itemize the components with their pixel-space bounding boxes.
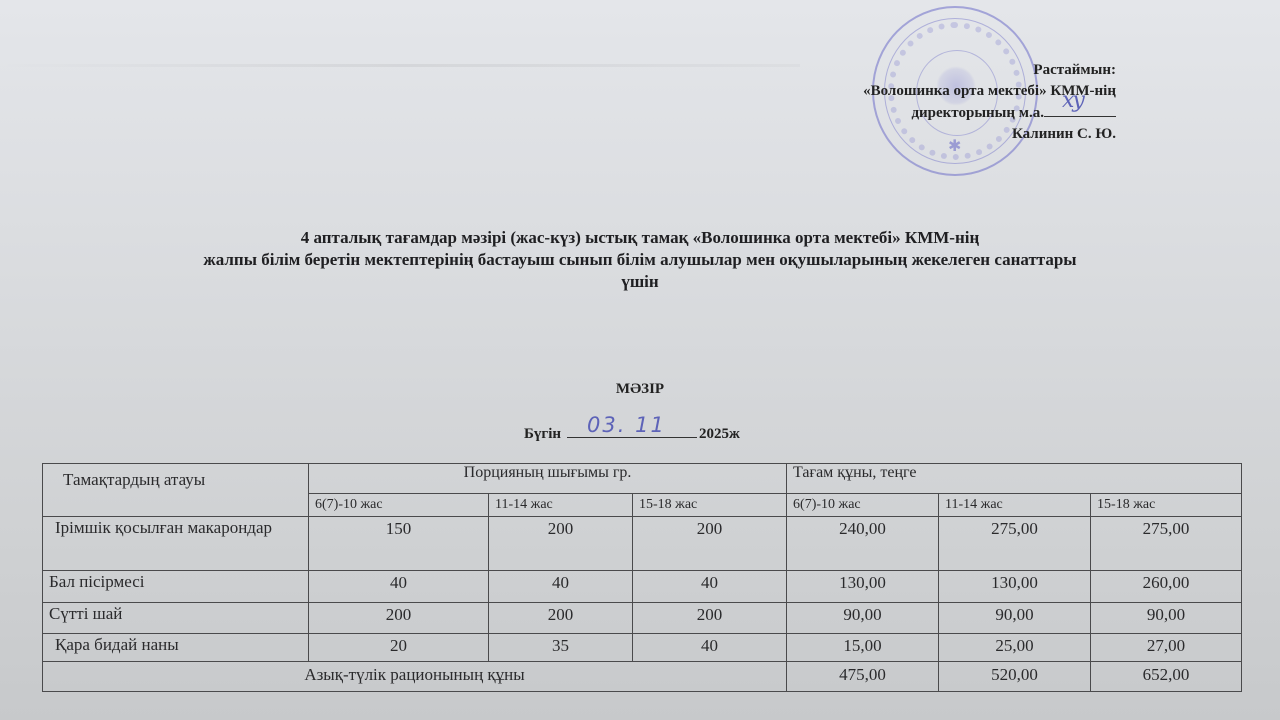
portion-cell: 200 xyxy=(309,603,489,634)
document-title: 4 апталық тағамдар мәзірі (жас-күз) ысты… xyxy=(20,227,1260,293)
portion-cell: 40 xyxy=(633,571,787,603)
cost-cell: 130,00 xyxy=(939,571,1091,603)
table-row: Сүтті шай 200 200 200 90,00 90,00 90,00 xyxy=(43,603,1242,634)
cost-cell: 240,00 xyxy=(787,517,939,571)
header-portion-age-1: 6(7)-10 жас xyxy=(309,494,489,517)
approval-heading: Растаймын: xyxy=(863,60,1116,81)
cost-cell: 275,00 xyxy=(939,517,1091,571)
menu-heading: МӘЗІР xyxy=(0,381,1280,398)
portion-cell: 200 xyxy=(489,603,633,634)
date-year: 2025ж xyxy=(699,426,740,442)
date-handwritten: 03. 11 xyxy=(587,413,666,437)
approval-position: директорының м.а. xyxy=(911,105,1044,121)
table-row: Бал пісірмесі 40 40 40 130,00 130,00 260… xyxy=(43,571,1242,603)
dish-name: Қара бидай наны xyxy=(43,634,309,662)
header-cost-group: Тағам құны, теңге xyxy=(787,464,1242,494)
date-blank: 03. 11 xyxy=(567,421,697,438)
portion-cell: 40 xyxy=(489,571,633,603)
document-page: ✱ Растаймын: «Волошинка орта мектебі» КМ… xyxy=(0,0,1280,720)
title-line-3: үшін xyxy=(20,271,1260,293)
cost-cell: 27,00 xyxy=(1091,634,1242,662)
bleed-through-line xyxy=(0,64,800,67)
header-cost-age-3: 15-18 жас xyxy=(1091,494,1242,517)
total-cost-cell: 475,00 xyxy=(787,662,939,692)
approval-block: Растаймын: «Волошинка орта мектебі» КММ-… xyxy=(863,60,1116,145)
cost-cell: 260,00 xyxy=(1091,571,1242,603)
signature-line: ху xyxy=(1044,102,1116,117)
menu-table: Тамақтардың атауы Порцияның шығымы гр. Т… xyxy=(42,463,1242,692)
approval-position-line: директорының м.а.ху xyxy=(863,102,1116,124)
cost-cell: 25,00 xyxy=(939,634,1091,662)
cost-cell: 90,00 xyxy=(1091,603,1242,634)
table-header-row: Тамақтардың атауы Порцияның шығымы гр. Т… xyxy=(43,464,1242,494)
date-line: Бүгін03. 112025ж xyxy=(524,421,740,443)
total-label: Азық-түлік рационының құны xyxy=(43,662,787,692)
table-row: Қара бидай наны 20 35 40 15,00 25,00 27,… xyxy=(43,634,1242,662)
header-cost-age-1: 6(7)-10 жас xyxy=(787,494,939,517)
cost-cell: 90,00 xyxy=(939,603,1091,634)
dish-name: Бал пісірмесі xyxy=(43,571,309,603)
cost-cell: 130,00 xyxy=(787,571,939,603)
dish-name: Ірімшік қосылған макарондар xyxy=(43,517,309,571)
header-portion-age-3: 15-18 жас xyxy=(633,494,787,517)
portion-cell: 40 xyxy=(309,571,489,603)
portion-cell: 35 xyxy=(489,634,633,662)
cost-cell: 90,00 xyxy=(787,603,939,634)
dish-name: Сүтті шай xyxy=(43,603,309,634)
total-cost-cell: 652,00 xyxy=(1091,662,1242,692)
cost-cell: 15,00 xyxy=(787,634,939,662)
table-total-row: Азық-түлік рационының құны 475,00 520,00… xyxy=(43,662,1242,692)
cost-cell: 275,00 xyxy=(1091,517,1242,571)
approval-name: Калинин С. Ю. xyxy=(863,124,1116,145)
header-portion-group: Порцияның шығымы гр. xyxy=(309,464,787,494)
portion-cell: 200 xyxy=(633,517,787,571)
table-row: Ірімшік қосылған макарондар 150 200 200 … xyxy=(43,517,1242,571)
portion-cell: 200 xyxy=(633,603,787,634)
date-label: Бүгін xyxy=(524,426,561,442)
portion-cell: 40 xyxy=(633,634,787,662)
portion-cell: 200 xyxy=(489,517,633,571)
title-line-2: жалпы білім беретін мектептерінің бастау… xyxy=(20,249,1260,271)
header-portion-age-2: 11-14 жас xyxy=(489,494,633,517)
portion-cell: 150 xyxy=(309,517,489,571)
title-line-1: 4 апталық тағамдар мәзірі (жас-күз) ысты… xyxy=(20,227,1260,249)
signature: ху xyxy=(1062,90,1083,111)
header-cost-age-2: 11-14 жас xyxy=(939,494,1091,517)
header-dish-name: Тамақтардың атауы xyxy=(43,464,309,517)
total-cost-cell: 520,00 xyxy=(939,662,1091,692)
portion-cell: 20 xyxy=(309,634,489,662)
